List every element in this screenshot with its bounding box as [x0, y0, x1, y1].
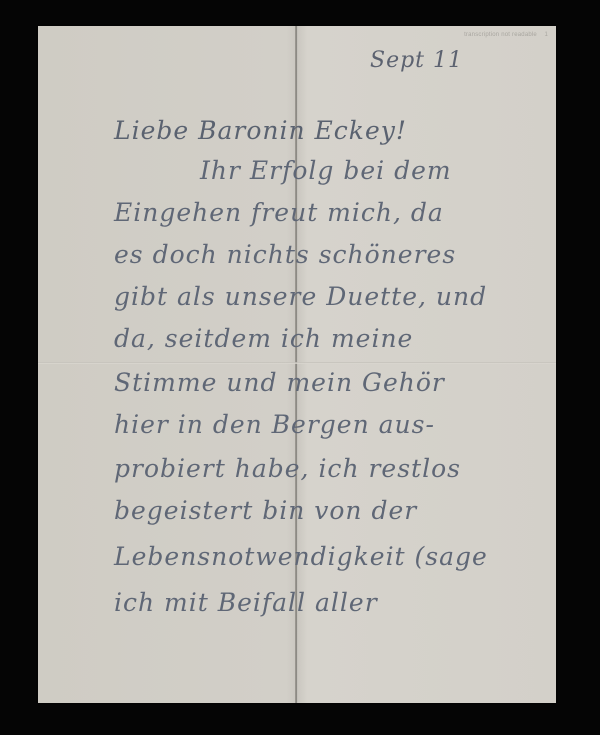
letter-line: gibt als unsere Duette, und	[114, 282, 487, 311]
horizontal-fold-line	[38, 362, 556, 364]
letter-sheet: transcription not readable 1 Sept 11 Lie…	[38, 26, 556, 703]
archive-stamp: transcription not readable 1	[464, 32, 548, 38]
letter-line: begeistert bin von der	[114, 496, 417, 525]
letter-line: ich mit Beifall aller	[114, 588, 378, 617]
letter-line: Stimme und mein Gehör	[114, 368, 445, 397]
letter-line: es doch nichts schöneres	[114, 240, 456, 269]
page-marker: 1	[544, 32, 548, 38]
letter-line: hier in den Bergen aus-	[114, 410, 435, 439]
scan-background: transcription not readable 1 Sept 11 Lie…	[0, 0, 600, 735]
archive-stamp-text: transcription not readable	[464, 32, 537, 38]
letter-line: Eingehen freut mich, da	[114, 198, 444, 227]
letter-line: Lebensnotwendigkeit (sage	[114, 542, 488, 571]
letter-line: probiert habe, ich restlos	[114, 454, 461, 483]
letter-date: Sept 11	[370, 48, 463, 73]
letter-line: da, seitdem ich meine	[114, 324, 413, 353]
letter-line: Ihr Erfolg bei dem	[200, 156, 452, 185]
letter-salutation: Liebe Baronin Eckey!	[114, 116, 407, 145]
